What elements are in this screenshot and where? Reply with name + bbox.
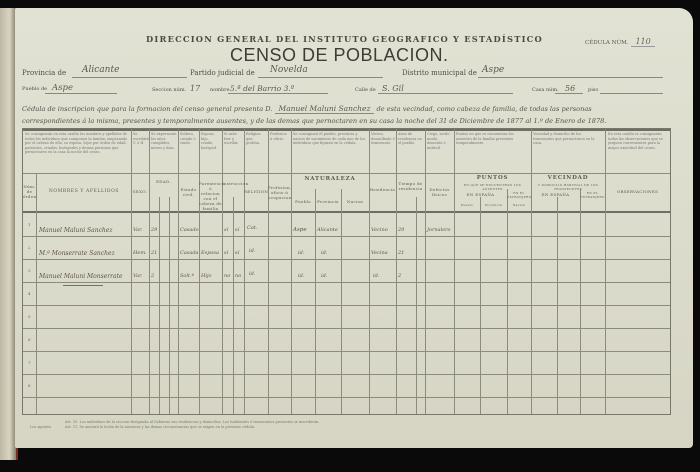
row-number: 6 [28, 337, 31, 342]
header-puntos-espana: EN ESPAÑA [454, 192, 507, 197]
pueblo-value: Aspe [52, 83, 73, 93]
census-table: Se consignarán en esta casilla los nombr… [22, 128, 671, 415]
row-rule-2 [23, 259, 670, 260]
cell-sexo: Var. [133, 227, 143, 233]
footnote-line-2: Art. 11. Se anotará la fecha de la ausen… [65, 425, 670, 430]
header-estado: Estado civil. [178, 187, 199, 197]
cell-residencia: Vecina [371, 250, 388, 256]
header-observaciones: OBSERVACIONES [605, 189, 670, 194]
header-vecindad: VECINDAD [531, 175, 605, 181]
instruction-block: Se escribirá V. ó H. [133, 132, 149, 170]
header-bottom-rule [23, 211, 670, 213]
col-rule [580, 189, 581, 414]
col-rule [507, 189, 508, 414]
header-edad: EDAD. [149, 179, 178, 184]
header-instruccion: Instruccion [222, 181, 244, 186]
partido-label: Partido judicial de [190, 69, 255, 77]
header-residencia: Residencia [369, 187, 396, 192]
header-sub-provincia: Provincia [480, 203, 507, 207]
pueblo-line [45, 93, 117, 94]
footnote-label: Los agentes [30, 425, 51, 430]
header-religion: RELIGION [244, 189, 268, 194]
cell-name: Manuel Maluni Monserrate [39, 273, 123, 280]
header-profesion: Profesion, oficio ú ocupacion [268, 185, 291, 200]
cell-residencia: id. [373, 273, 379, 279]
col-rule [268, 129, 269, 414]
col-rule [244, 129, 245, 414]
col-rule [369, 129, 370, 414]
cell-religion: id. [249, 248, 255, 254]
cell-lee: no [224, 273, 230, 279]
header-nat-pueblo: Pueblo [291, 199, 315, 204]
cell-name: M.ª Monserrate Sanchez [39, 250, 115, 257]
row-rule-1 [23, 236, 670, 237]
instruction-block: Puntos en que se encuentran los ausentes… [456, 132, 529, 170]
distrito-line [478, 77, 663, 78]
cell-edad: 29 [151, 227, 157, 233]
instruction-block: Vecino, domiciliado ó transeunte. [371, 132, 395, 170]
cell-escribe: sí [235, 227, 239, 233]
piso-line [600, 93, 663, 94]
row-rule-3 [23, 282, 670, 283]
cell-edad: 2 [151, 273, 154, 279]
instruction-block: Se expresarán los años cumplidos, meses … [151, 132, 177, 170]
cell-pueblo: id. [298, 273, 304, 279]
header-puntos-sub: EN QUE SE ENCUENTRAN LOS AUSENTES [454, 183, 531, 191]
col-rule [557, 197, 558, 414]
cell-religion: id. [249, 271, 255, 277]
header-vec-extranjero: EN EL EXTRANJERO [580, 191, 605, 199]
cell-profesion: Jornalero [427, 227, 451, 233]
instruction-block: Profesion ú oficio. [270, 132, 290, 170]
cell-lee: sí [224, 250, 228, 256]
header-tiempo: Tiempo de residencia [396, 181, 425, 191]
header-naturaleza: NATURALEZA [291, 176, 369, 182]
cell-provincia: id. [321, 273, 327, 279]
intro-text-2: de esta vecindad, como cabeza de familia… [377, 105, 592, 113]
cell-provincia: id. [321, 250, 327, 256]
footnote: Los agentes Art. 10. Los individuos de l… [30, 420, 670, 430]
header-vec-espana: EN ESPAÑA [531, 192, 580, 197]
seccion-label: Seccion núm. [152, 87, 186, 93]
distrito-label: Distrito municipal de [402, 69, 477, 77]
organization-header: DIRECCION GENERAL DEL INSTITUTO GEOGRAFI… [146, 34, 543, 44]
col-rule [291, 129, 292, 414]
pueblo-label: Pueblo de [22, 86, 47, 92]
row-number: 7 [28, 360, 31, 365]
instruction-block: Se consignará el pueblo, provincia y nac… [293, 132, 367, 170]
col-rule [341, 189, 342, 414]
cedula-value: 110 [631, 37, 654, 47]
intro-paragraph: Cédula de inscripcion que para la formac… [22, 103, 672, 127]
provincia-label: Provincia de [22, 69, 66, 77]
cell-estado: Solt.º [180, 273, 194, 279]
seccion-value: 17 [190, 84, 200, 93]
cell-lee: sí [224, 227, 228, 233]
cell-tiempo: 2 [398, 273, 401, 279]
cell-name: Manuel Maluni Sanchez [39, 227, 113, 234]
header-impedimentos: Defectos físicos [425, 187, 454, 197]
row-number: 8 [28, 383, 31, 388]
cell-edad: 21 [151, 250, 157, 256]
instructions-divider [23, 173, 670, 174]
col-rule [131, 129, 132, 414]
intro-text-1: Cédula de inscripcion que para la formac… [22, 105, 272, 113]
piso-label: piso [588, 87, 598, 93]
nombre-value: 5.ª del Barrio 3.º [230, 84, 294, 93]
header-nombres: NOMBRES Y APELLIDOS [37, 189, 131, 194]
header-nat-nacion: Nacion [341, 199, 369, 204]
instruction-block: Ciego, sordo-mudo, demente ó imbécil. [427, 132, 453, 170]
presenter-name: Manuel Maluni Sanchez [275, 104, 375, 114]
provincia-line [72, 77, 187, 78]
cell-estado: Casado [180, 227, 199, 233]
row-number: 3 [28, 268, 31, 273]
header-puntos: PUNTOS [454, 175, 531, 181]
header-sub-nacion: Nacion [507, 203, 531, 207]
instruction-block: Soltero, casado ó viudo. [180, 132, 198, 170]
col-rule [605, 129, 606, 414]
col-rule [531, 129, 532, 414]
distrito-value: Aspe [482, 65, 504, 75]
header-vecindad-sub: Y DOMICILIO HABITUAL DE LOS TRANSEUNTES [531, 183, 605, 191]
col-rule [199, 129, 200, 414]
instruction-block: Esposa, hijo, criado, huésped. [201, 132, 221, 170]
form-title: CENSO DE POBLACION. [230, 45, 449, 66]
instruction-block: Religion que profesa. [246, 132, 267, 170]
row-rule-6 [23, 351, 670, 352]
col-rule [233, 197, 234, 414]
col-rule [159, 197, 160, 414]
header-num-orden: Núm. de órden [23, 184, 36, 199]
col-rule [480, 197, 481, 414]
cedula-number: CÉDULA NÚM.110 [585, 37, 655, 46]
row-rule-7 [23, 374, 670, 375]
casa-line [555, 93, 583, 94]
col-rule [36, 173, 37, 414]
calle-line [378, 93, 513, 94]
col-rule [178, 129, 179, 414]
cell-parentesco: Hijo [201, 273, 212, 279]
row-rule-4 [23, 305, 670, 306]
calle-label: Calle de [355, 87, 376, 93]
nombre-label: nombre [210, 87, 230, 93]
provincia-value: Alicante [82, 65, 119, 75]
cell-tiempo: 21 [398, 250, 404, 256]
col-rule [425, 129, 426, 414]
cell-pueblo: Aspe [293, 227, 307, 233]
col-rule [169, 197, 170, 414]
header-sub-pueblo: Pueblo [454, 203, 480, 207]
instruction-block: En esta casilla se consignarán todas las… [608, 132, 668, 170]
row-rule-5 [23, 328, 670, 329]
row-number: 1 [28, 222, 31, 227]
cell-escribe: sí [235, 250, 239, 256]
instruction-block: Años de residencia en el pueblo. [398, 132, 424, 170]
casa-value: 56 [565, 84, 575, 93]
cell-religion: Cat. [247, 225, 257, 231]
nombre-line [228, 93, 328, 94]
cell-sexo: Var. [133, 273, 143, 279]
calle-value: S. Gil [382, 84, 404, 93]
cell-estado: Casada [180, 250, 199, 256]
intro-text-3: correspondientes á la misma, presentes y… [22, 117, 606, 125]
header-sexo: SEXO. [131, 189, 149, 194]
cell-residencia: Vecino [371, 227, 388, 233]
row-number: 5 [28, 314, 31, 319]
partido-value: Novelda [270, 65, 308, 75]
row-number: 2 [28, 245, 31, 250]
col-rule [315, 189, 316, 414]
instruction-block: Se consignarán en esta casilla los nombr… [25, 132, 129, 170]
col-rule [149, 129, 150, 414]
cell-sexo: Hem. [133, 250, 147, 256]
cell-pueblo: id. [298, 250, 304, 256]
cell-escribe: no [235, 273, 241, 279]
col-rule [454, 129, 455, 414]
col-rule [396, 129, 397, 414]
instruction-block: Vecindad y domicilio de los transeuntes … [533, 132, 603, 170]
row-rule-8 [23, 397, 670, 398]
col-rule [416, 197, 417, 414]
instruction-block: Si sabe leer y escribir. [224, 132, 243, 170]
cell-provincia: Alicante [317, 227, 338, 233]
table-top-rule [23, 129, 670, 131]
col-rule [222, 129, 223, 414]
row-number: 4 [28, 291, 31, 296]
cell-parentesco: Esposa [201, 250, 219, 256]
header-nat-provincia: Provincia [315, 199, 341, 204]
header-puntos-extranjero: EN EL EXTRANJERO [507, 191, 531, 199]
cell-tiempo: 29 [398, 227, 404, 233]
cedula-label: CÉDULA NÚM. [585, 40, 628, 46]
end-of-entries-rule [63, 285, 103, 286]
header-parentesco: Parentesco ó relacion con el cabeza de f… [199, 181, 222, 211]
partido-line [258, 77, 383, 78]
